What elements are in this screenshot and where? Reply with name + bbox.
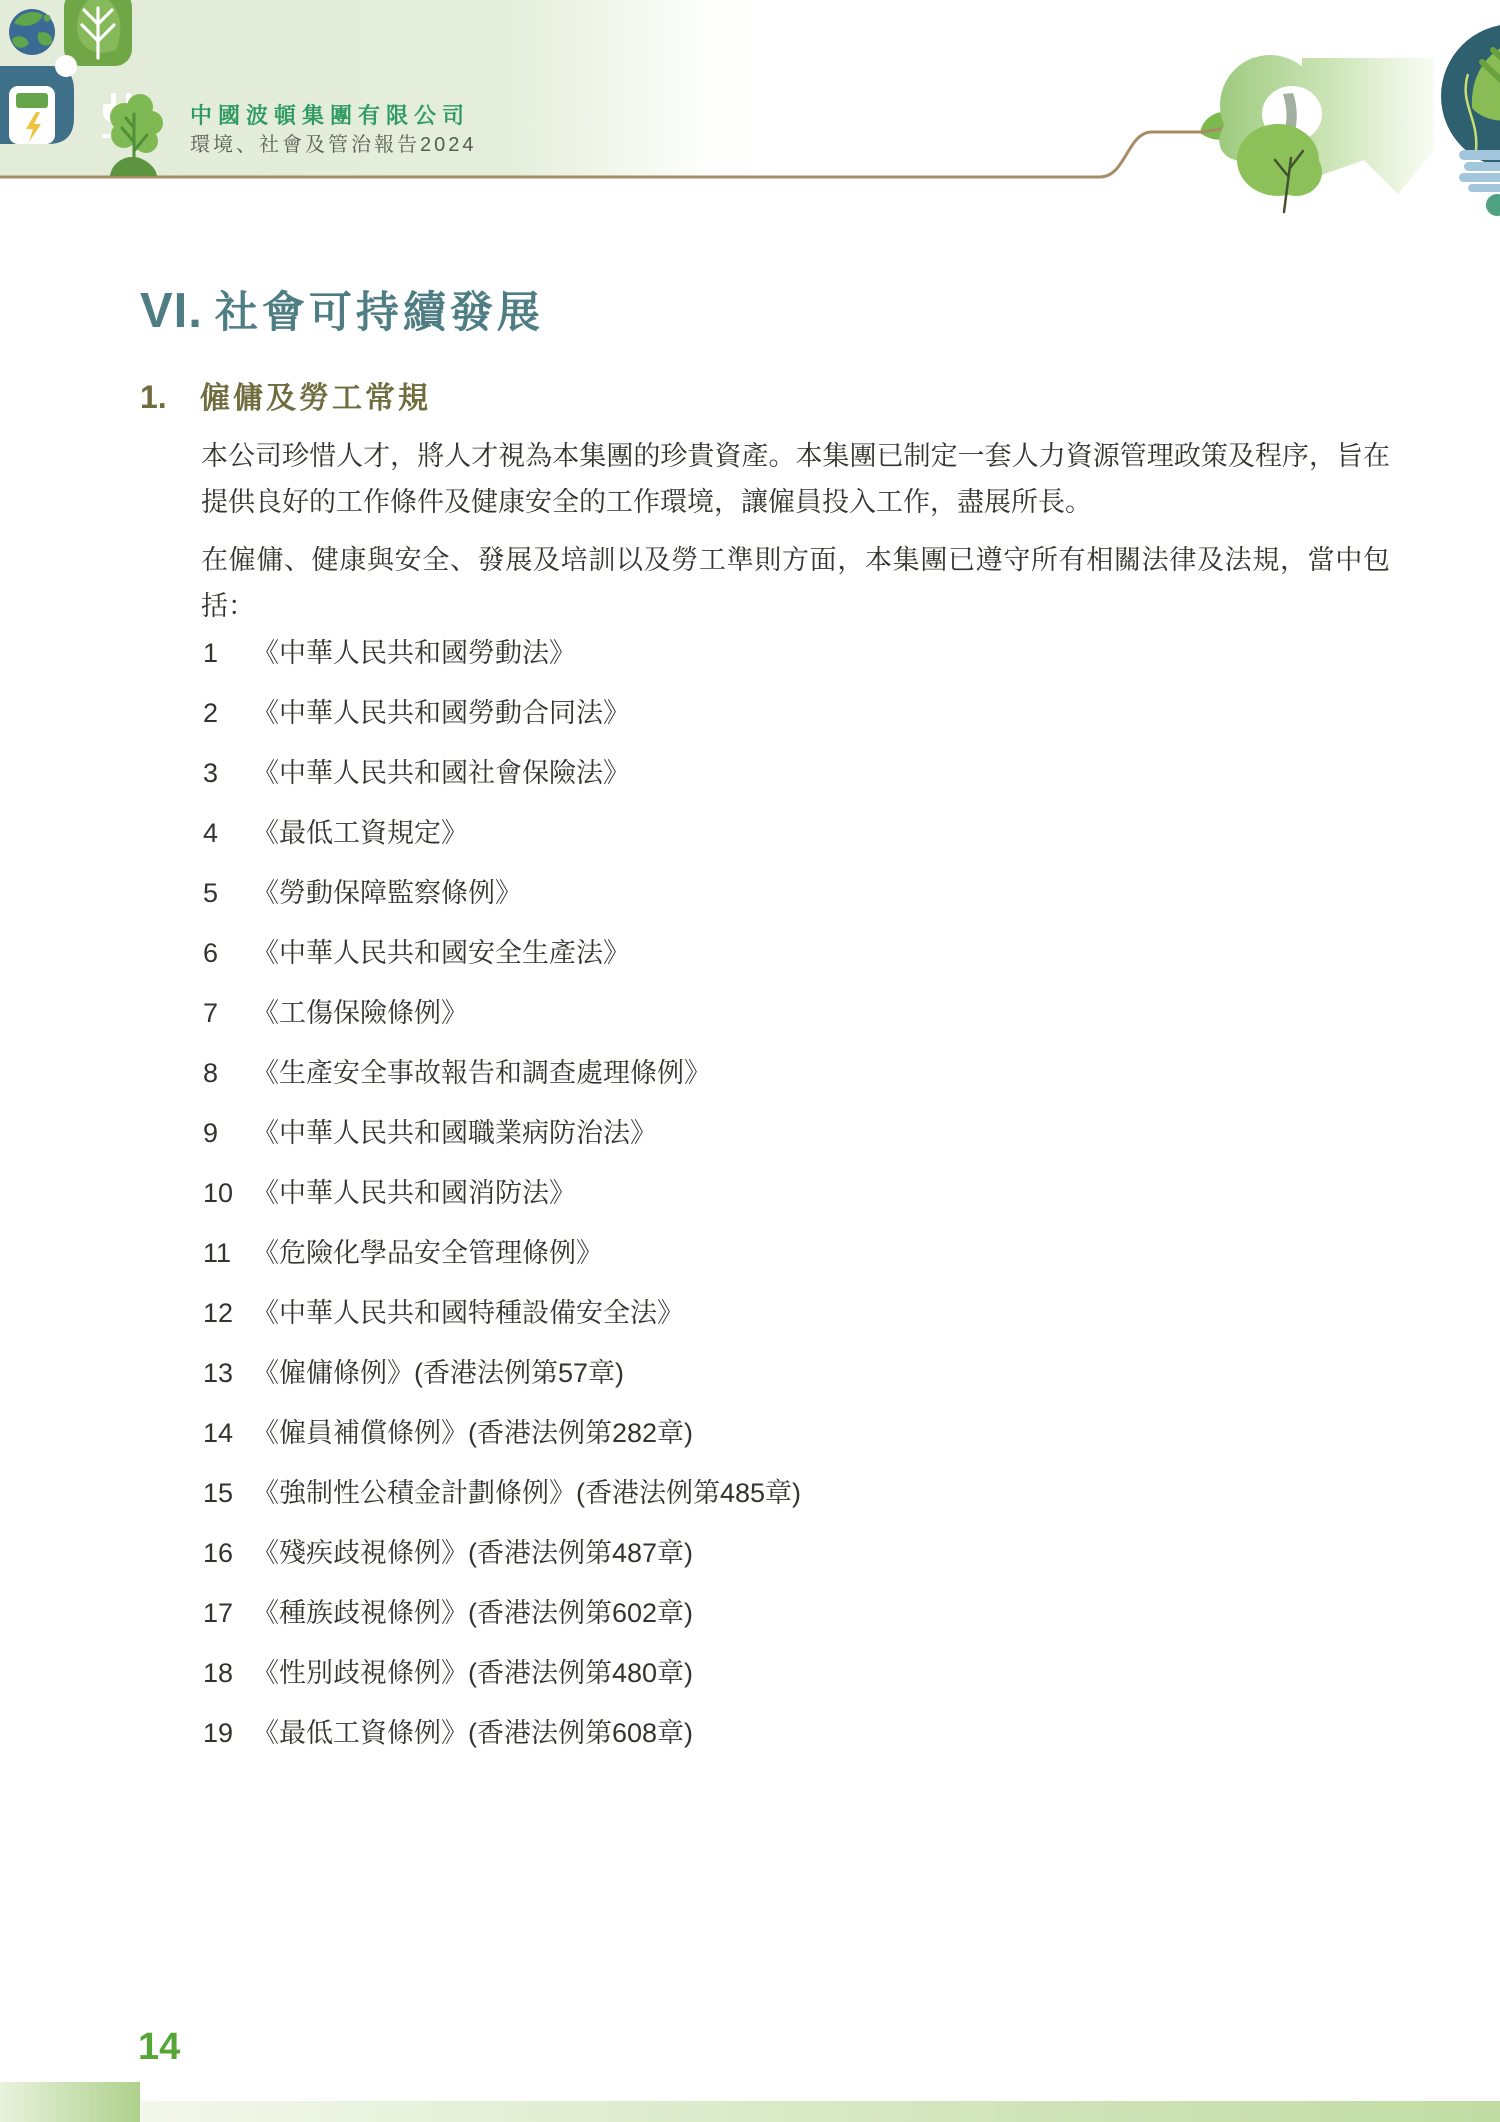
report-page: 中國波頓集團有限公司 環境、社會及管治報告2024 VI.社會可持續發展 1. … [0,0,1500,2122]
section-title: 僱傭及勞工常規 [200,373,431,417]
law-number: 2 [203,699,252,727]
law-title: 《最低工資條例》(香港法例第608章) [252,1719,1500,1747]
law-title: 《種族歧視條例》(香港法例第602章) [252,1599,1500,1627]
law-title: 《中華人民共和國安全生產法》 [252,939,1500,967]
globe-icon [9,9,55,55]
law-item: 8 《生產安全事故報告和調查處理條例》 [203,1059,1500,1087]
law-title: 《勞動保障監察條例》 [252,879,1500,907]
law-item: 13 《僱傭條例》(香港法例第57章) [203,1359,1500,1387]
law-number: 9 [203,1119,252,1147]
law-title: 《最低工資規定》 [252,819,1500,847]
footer-corner-bar [0,2082,140,2122]
chapter-heading: VI.社會可持續發展 [140,282,1500,341]
content: VI.社會可持續發展 1. 僱傭及勞工常規 本公司珍惜人才，將人才視為本集團的珍… [0,178,1500,1747]
law-number: 7 [203,999,252,1027]
law-item: 9 《中華人民共和國職業病防治法》 [203,1119,1500,1147]
law-number: 18 [203,1659,252,1687]
connector-dot [55,55,77,77]
page-header: 中國波頓集團有限公司 環境、社會及管治報告2024 [0,0,1500,178]
law-title: 《僱傭條例》(香港法例第57章) [252,1359,1500,1387]
law-title: 《中華人民共和國職業病防治法》 [252,1119,1500,1147]
law-number: 17 [203,1599,252,1627]
law-number: 15 [203,1479,252,1507]
law-title: 《殘疾歧視條例》(香港法例第487章) [252,1539,1500,1567]
law-item: 12 《中華人民共和國特種設備安全法》 [203,1299,1500,1327]
law-item: 14 《僱員補償條例》(香港法例第282章) [203,1419,1500,1447]
law-item: 16 《殘疾歧視條例》(香港法例第487章) [203,1539,1500,1567]
law-number: 14 [203,1419,252,1447]
law-item: 3 《中華人民共和國社會保險法》 [203,759,1500,787]
chapter-number: VI. [140,284,203,338]
law-item: 7 《工傷保險條例》 [203,999,1500,1027]
leaf-tile-icon [64,0,132,66]
law-title: 《生產安全事故報告和調查處理條例》 [252,1059,1500,1087]
law-item: 18 《性別歧視條例》(香港法例第480章) [203,1659,1500,1687]
law-title: 《中華人民共和國勞動法》 [252,639,1500,667]
law-item: 6 《中華人民共和國安全生產法》 [203,939,1500,967]
law-number: 1 [203,639,252,667]
paragraph: 在僱傭、健康與安全、發展及培訓以及勞工準則方面，本集團已遵守所有相關法律及法規，… [201,537,1390,629]
law-title: 《強制性公積金計劃條例》(香港法例第485章) [252,1479,1500,1507]
section-number: 1. [140,379,200,416]
report-title: 環境、社會及管治報告2024 [190,133,477,157]
law-number: 6 [203,939,252,967]
law-title: 《僱員補償條例》(香港法例第282章) [252,1419,1500,1447]
law-number: 4 [203,819,252,847]
law-item: 4 《最低工資規定》 [203,819,1500,847]
law-title: 《性別歧視條例》(香港法例第480章) [252,1659,1500,1687]
page-number: 14 [138,2028,180,2066]
section-heading: 1. 僱傭及勞工常規 [140,373,1500,417]
law-item: 10 《中華人民共和國消防法》 [203,1179,1500,1207]
law-title: 《中華人民共和國勞動合同法》 [252,699,1500,727]
law-item: 17 《種族歧視條例》(香港法例第602章) [203,1599,1500,1627]
law-title: 《危險化學品安全管理條例》 [252,1239,1500,1267]
footer-bottom-bar [140,2101,1500,2122]
law-item: 11 《危險化學品安全管理條例》 [203,1239,1500,1267]
brand-block: 中國波頓集團有限公司 環境、社會及管治報告2024 [190,103,477,157]
law-number: 13 [203,1359,252,1387]
law-item: 5 《勞動保障監察條例》 [203,879,1500,907]
law-item: 2 《中華人民共和國勞動合同法》 [203,699,1500,727]
paragraph: 本公司珍惜人才，將人才視為本集團的珍貴資產。本集團已制定一套人力資源管理政策及程… [201,433,1390,525]
law-number: 3 [203,759,252,787]
law-title: 《工傷保險條例》 [252,999,1500,1027]
ev-charger-icon [0,66,74,144]
law-number: 16 [203,1539,252,1567]
law-item: 19 《最低工資條例》(香港法例第608章) [203,1719,1500,1747]
law-number: 8 [203,1059,252,1087]
law-item: 15 《強制性公積金計劃條例》(香港法例第485章) [203,1479,1500,1507]
hand-plant-icon [1219,55,1434,212]
company-name: 中國波頓集團有限公司 [190,103,477,129]
law-number: 11 [203,1239,252,1267]
law-number: 10 [203,1179,252,1207]
seedling-icon [1237,124,1322,212]
law-item: 1 《中華人民共和國勞動法》 [203,639,1500,667]
law-number: 12 [203,1299,252,1327]
chapter-title: 社會可持續發展 [215,289,544,337]
law-number: 19 [203,1719,252,1747]
law-title: 《中華人民共和國消防法》 [252,1179,1500,1207]
law-title: 《中華人民共和國社會保險法》 [252,759,1500,787]
laws-list: 1 《中華人民共和國勞動法》 2 《中華人民共和國勞動合同法》 3 《中華人民共… [203,639,1500,1747]
law-number: 5 [203,879,252,907]
law-title: 《中華人民共和國特種設備安全法》 [252,1299,1500,1327]
